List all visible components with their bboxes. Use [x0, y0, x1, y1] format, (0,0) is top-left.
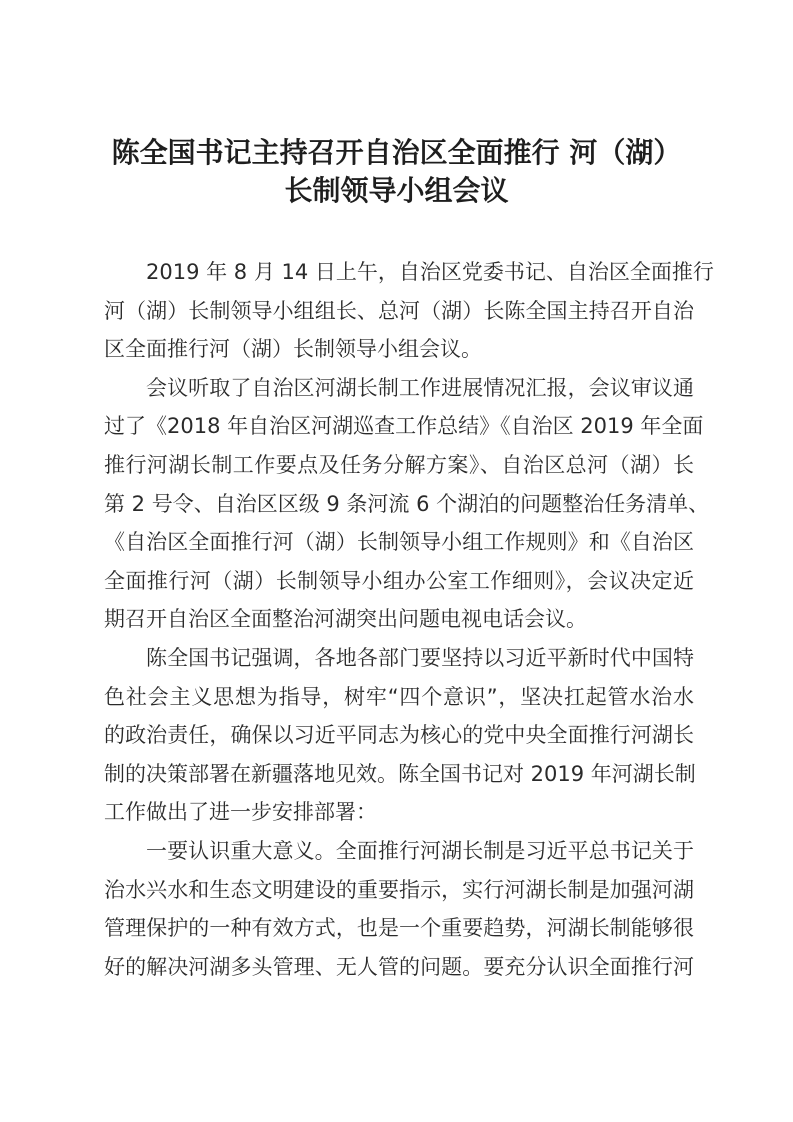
paragraph-line: 治水兴水和生态文明建设的重要指示，实行河湖长制是加强河湖	[104, 871, 694, 910]
paragraph-line: 会议听取了自治区河湖长制工作进展情况汇报，会议审议通	[104, 369, 694, 408]
document-page: 陈全国书记主持召开自治区全面推行 河（湖） 长制领导小组会议 2019 年 8 …	[0, 0, 793, 1122]
paragraph-line: 陈全国书记强调，各地各部门要坚持以习近平新时代中国特	[104, 639, 694, 678]
paragraph-line: 管理保护的一种有效方式，也是一个重要趋势，河湖长制能够很	[104, 909, 694, 948]
title-line-2: 长制领导小组会议	[0, 172, 793, 210]
paragraph-line: 《自治区全面推行河（湖）长制领导小组工作规则》和《自治区	[104, 523, 694, 562]
title-line-1: 陈全国书记主持召开自治区全面推行 河（湖）	[0, 134, 793, 172]
paragraph-line: 色社会主义思想为指导，树牢“四个意识”，坚决扛起管水治水	[104, 678, 694, 717]
paragraph-line: 好的解决河湖多头管理、无人管的问题。要充分认识全面推行河	[104, 948, 694, 987]
paragraph-line: 2019 年 8 月 14 日上午，自治区党委书记、自治区全面推行	[104, 253, 694, 292]
paragraph-line: 的政治责任，确保以习近平同志为核心的党中央全面推行河湖长	[104, 716, 694, 755]
paragraph-line: 工作做出了进一步安排部署：	[104, 793, 694, 832]
paragraph-line: 一要认识重大意义。全面推行河湖长制是习近平总书记关于	[104, 832, 694, 871]
paragraph-line: 河（湖）长制领导小组组长、总河（湖）长陈全国主持召开自治	[104, 292, 694, 331]
paragraph-line: 推行河湖长制工作要点及任务分解方案》、自治区总河（湖）长	[104, 446, 694, 485]
paragraph-3: 陈全国书记强调，各地各部门要坚持以习近平新时代中国特 色社会主义思想为指导，树牢…	[104, 639, 694, 832]
paragraph-4: 一要认识重大意义。全面推行河湖长制是习近平总书记关于 治水兴水和生态文明建设的重…	[104, 832, 694, 986]
document-title: 陈全国书记主持召开自治区全面推行 河（湖） 长制领导小组会议	[0, 134, 793, 210]
paragraph-line: 过了《2018 年自治区河湖巡查工作总结》《自治区 2019 年全面	[104, 407, 694, 446]
paragraph-2: 会议听取了自治区河湖长制工作进展情况汇报，会议审议通 过了《2018 年自治区河…	[104, 369, 694, 639]
paragraph-line: 全面推行河（湖）长制领导小组办公室工作细则》，会议决定近	[104, 562, 694, 601]
paragraph-1: 2019 年 8 月 14 日上午，自治区党委书记、自治区全面推行 河（湖）长制…	[104, 253, 694, 369]
paragraph-line: 第 2 号令、自治区区级 9 条河流 6 个湖泊的问题整治任务清单、	[104, 485, 694, 524]
paragraph-line: 期召开自治区全面整治河湖突出问题电视电话会议。	[104, 600, 694, 639]
document-body: 2019 年 8 月 14 日上午，自治区党委书记、自治区全面推行 河（湖）长制…	[104, 253, 694, 986]
paragraph-line: 区全面推行河（湖）长制领导小组会议。	[104, 330, 694, 369]
paragraph-line: 制的决策部署在新疆落地见效。陈全国书记对 2019 年河湖长制	[104, 755, 694, 794]
